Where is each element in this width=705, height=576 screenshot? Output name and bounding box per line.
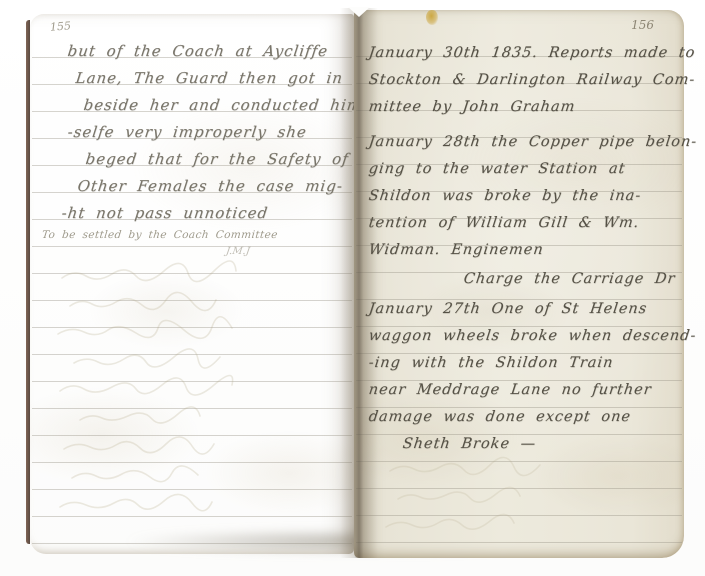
handwriting-line: -ing with the Shildon Train	[367, 350, 682, 377]
yellow-stain	[426, 10, 438, 25]
handwriting-line: damage was done except one	[367, 404, 682, 431]
handwriting-line: Sheth Broke —	[367, 431, 682, 458]
handwriting-line: beged that for the Safety of	[50, 146, 353, 173]
handwriting-line: beside her and conducted him-	[50, 92, 353, 119]
handwriting-line: but of the Coach at Aycliffe	[50, 38, 353, 65]
handwriting-line: January 27th One of St Helens	[367, 296, 682, 323]
handwriting-line: January 30th 1835. Reports made to the	[367, 40, 682, 67]
handwriting-line: January 28th the Copper pipe belon-	[367, 129, 682, 156]
open-book: 155 but of the Coach at Aycliffe Lane, T…	[22, 8, 692, 558]
handwriting-line: -selfe very improperly she	[50, 119, 353, 146]
left-page-number: 155	[50, 19, 72, 33]
right-page: 156 January 30th 1835. Reports made to t…	[354, 10, 684, 558]
handwriting-line: -ht not pass unnoticed	[50, 200, 353, 227]
handwriting-line: near Meddrage Lane no further	[367, 377, 682, 404]
left-page: 155 but of the Coach at Aycliffe Lane, T…	[30, 14, 354, 554]
handwriting-line: Charge the Carriage Dr	[367, 266, 682, 293]
pencil-initials: J.M.J	[225, 246, 250, 257]
right-page-number: 156	[631, 18, 654, 32]
handwriting-line: mittee by John Graham	[367, 94, 682, 121]
handwriting-line: waggon wheels broke when descend-	[367, 323, 682, 350]
handwriting-line: Widman. Enginemen	[367, 237, 682, 264]
left-page-handwriting: but of the Coach at Aycliffe Lane, The G…	[50, 38, 350, 227]
ink-bleed-through-texture	[40, 260, 340, 540]
handwriting-line: tention of William Gill & Wm.	[367, 210, 682, 237]
handwriting-line: Stockton & Darlington Railway Com-	[367, 67, 682, 94]
right-page-handwriting: January 30th 1835. Reports made to the S…	[367, 40, 679, 458]
handwriting-line: Shildon was broke by the ina-	[367, 183, 682, 210]
handwriting-line: Other Females the case mig-	[50, 173, 353, 200]
pencil-annotation: To be settled by the Coach Committee	[41, 229, 342, 241]
handwriting-line: ging to the water Station at	[367, 156, 682, 183]
handwriting-line: Lane, The Guard then got in	[50, 65, 353, 92]
photo-background: 155 but of the Coach at Aycliffe Lane, T…	[0, 0, 705, 576]
ink-bleed-through-texture	[364, 455, 669, 545]
